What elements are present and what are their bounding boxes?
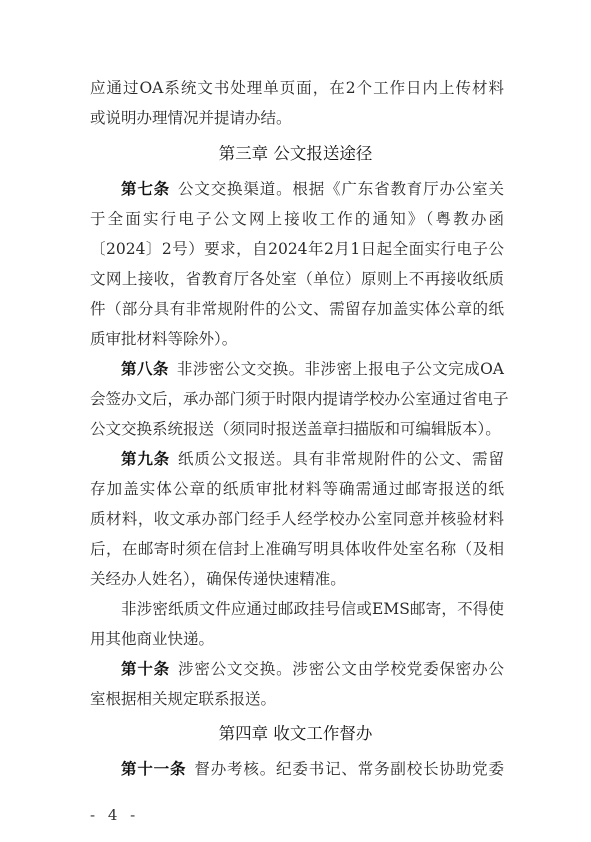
- chapter-heading: 第四章 收文工作督办: [0, 723, 591, 745]
- article-text: 非涉密公文交换。非涉密上报电子公文完成OA: [177, 360, 504, 378]
- paragraph-line: 关经办人姓名），确保传递快速精准。: [90, 569, 504, 589]
- article-number: 第九条: [121, 449, 170, 468]
- paragraph-line: 件（部分具有非常规附件的公文、需留存加盖实体公章的纸: [90, 299, 504, 319]
- document-page: 应通过OA系统文书处理单页面，在2个工作日内上传材料 或说明办理情况并提请办结。…: [0, 0, 591, 842]
- article-text: 涉密公文交换。涉密公文由学校党委保密办公: [178, 660, 504, 678]
- article-number: 第十条: [121, 659, 170, 678]
- page-number: - 4 -: [90, 806, 139, 824]
- paragraph-line: 〔2024〕2号）要求，自2024年2月1日起全面实行电子公: [90, 239, 504, 259]
- paragraph-first-line: 非涉密纸质文件应通过邮政挂号信或EMS邮寄，不得使: [90, 599, 504, 619]
- paragraph-line: 文网上接收，省教育厅各处室（单位）原则上不再接收纸质: [90, 269, 504, 289]
- article-number: 第十一条: [121, 759, 186, 778]
- paragraph-line: 应通过OA系统文书处理单页面，在2个工作日内上传材料: [90, 78, 504, 98]
- article-number: 第七条: [121, 179, 170, 198]
- paragraph-line: 用其他商业快递。: [90, 629, 504, 649]
- article-first-line: 第七条公文交换渠道。根据《广东省教育厅办公室关: [90, 179, 504, 199]
- paragraph-line: 于全面实行电子公文网上接收工作的通知》（粤教办函: [90, 209, 504, 229]
- paragraph-line: 存加盖实体公章的纸质审批材料等确需通过邮寄报送的纸: [90, 479, 504, 499]
- paragraph-line: 质材料，收文承办部门经手人经学校办公室同意并核验材料: [90, 509, 504, 529]
- article-number: 第八条: [121, 359, 169, 378]
- article-first-line: 第九条纸质公文报送。具有非常规附件的公文、需留: [90, 449, 504, 469]
- article-text: 公文交换渠道。根据《广东省教育厅办公室关: [178, 180, 504, 198]
- paragraph-line: 质审批材料等除外）。: [90, 329, 504, 349]
- article-first-line: 第八条非涉密公文交换。非涉密上报电子公文完成OA: [90, 359, 504, 379]
- paragraph-line: 会签办文后，承办部门须于时限内提请学校办公室通过省电子: [90, 389, 504, 409]
- article-first-line: 第十一条督办考核。纪委书记、常务副校长协助党委: [90, 759, 504, 779]
- article-text: 督办考核。纪委书记、常务副校长协助党委: [194, 760, 504, 778]
- paragraph-line: 后，在邮寄时须在信封上准确写明具体收件处室名称（及相: [90, 539, 504, 559]
- article-first-line: 第十条涉密公文交换。涉密公文由学校党委保密办公: [90, 659, 504, 679]
- paragraph-line: 或说明办理情况并提请办结。: [90, 108, 504, 128]
- paragraph-line: 公文交换系统报送（须同时报送盖章扫描版和可编辑版本）。: [90, 419, 504, 439]
- paragraph-line: 室根据相关规定联系报送。: [90, 689, 504, 709]
- article-text: 纸质公文报送。具有非常规附件的公文、需留: [178, 450, 504, 468]
- chapter-heading: 第三章 公文报送途径: [0, 143, 591, 165]
